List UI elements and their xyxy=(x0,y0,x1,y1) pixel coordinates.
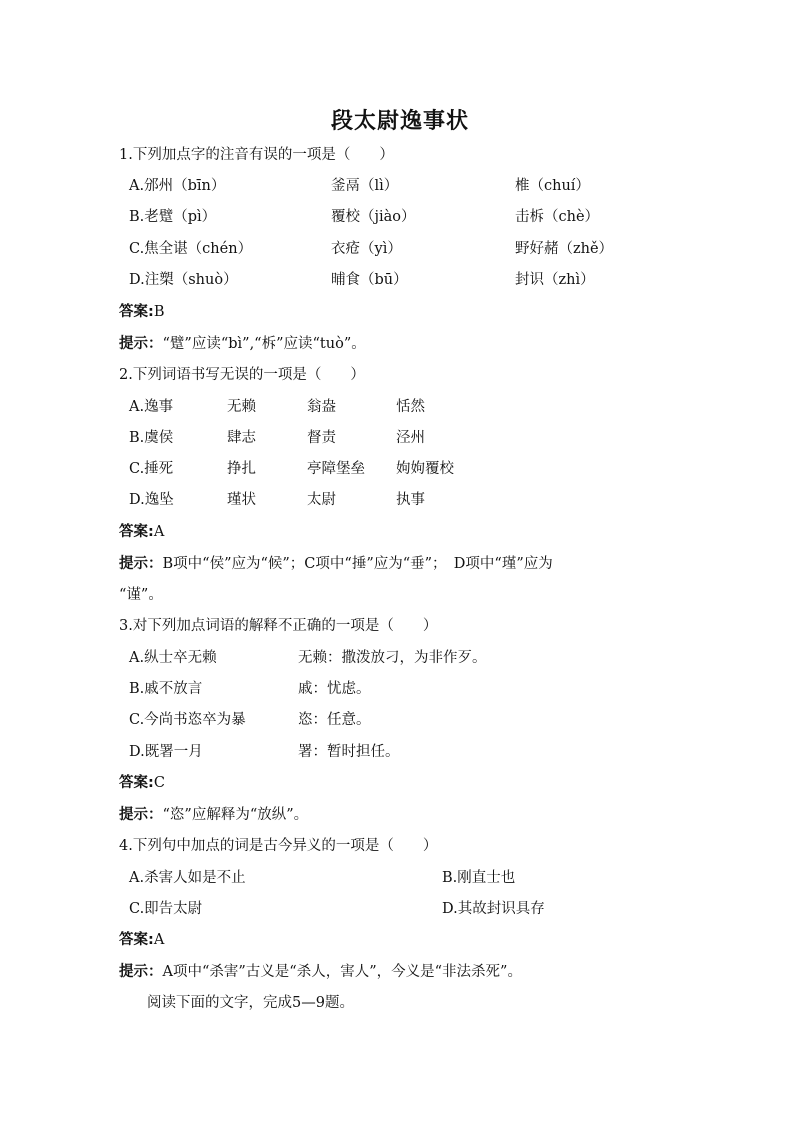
q2-option-a-3: 翁盎 xyxy=(307,397,336,417)
q3-hint: 提示：“恣”应解释为“放纵”。 xyxy=(119,805,308,825)
q1-option-c-1: C.焦全谌（chén） xyxy=(129,239,252,259)
q4-option-a: A.杀害人如是不止 xyxy=(129,868,246,888)
hint-label: 提示： xyxy=(119,807,163,823)
answer-label: 答案: xyxy=(119,932,154,948)
answer-value: A xyxy=(154,932,164,948)
q2-answer: 答案:A xyxy=(119,522,164,542)
q2-option-a-4: 恬然 xyxy=(396,397,425,417)
page-title: 段太尉逸事状 xyxy=(0,104,800,135)
q2-option-b-3: 督责 xyxy=(307,428,336,448)
q3-answer: 答案:C xyxy=(119,773,165,793)
q1-option-a-3: 椎（chuí） xyxy=(515,176,590,196)
q4-option-d: D.其故封识具存 xyxy=(442,899,545,919)
q1-option-d-1: D.注槊（shuò） xyxy=(129,270,238,290)
question-1-stem: 1.下列加点字的注音有误的一项是（ ） xyxy=(119,145,394,165)
q3-option-d: D.既署一月 xyxy=(129,742,203,762)
answer-label: 答案: xyxy=(119,304,154,320)
q4-answer: 答案:A xyxy=(119,930,164,950)
q3-option-b-explain: 戚：忧虑。 xyxy=(298,679,371,699)
question-3-stem: 3.对下列加点词语的解释不正确的一项是（ ） xyxy=(119,616,437,636)
q2-option-d-2: 瑾状 xyxy=(227,490,256,510)
hint-text: A项中“杀害”古义是“杀人，害人”，今义是“非法杀死”。 xyxy=(163,964,522,980)
q1-option-a-1: A.邠州（bīn） xyxy=(129,176,225,196)
q2-hint-continued: “谨”。 xyxy=(119,585,163,605)
q1-option-b-3: 击柝（chè） xyxy=(515,207,599,227)
q1-option-c-2: 衣疮（yì） xyxy=(331,239,402,259)
answer-value: C xyxy=(154,775,165,791)
q1-hint: 提示：“躄”应读“bì”,“柝”应读“tuò”。 xyxy=(119,334,366,354)
reading-intro: 阅读下面的文字，完成5—9题。 xyxy=(147,993,354,1013)
q1-option-b-2: 覆校（jiào） xyxy=(331,207,416,227)
q2-option-b-2: 肆志 xyxy=(227,428,256,448)
q4-option-b: B.刚直士也 xyxy=(442,868,515,888)
q2-option-d-3: 太尉 xyxy=(307,490,336,510)
q2-option-a-2: 无赖 xyxy=(227,397,256,417)
q3-option-a-explain: 无赖：撒泼放刁，为非作歹。 xyxy=(298,648,487,668)
q2-option-d-1: D.逸坠 xyxy=(129,490,174,510)
hint-text: B项中“侯”应为“候”；C项中“捶”应为“垂”； D项中“瑾”应为 xyxy=(163,556,553,572)
q3-option-c: C.今尚书恣卒为暴 xyxy=(129,710,246,730)
q2-option-d-4: 执事 xyxy=(396,490,425,510)
q2-hint: 提示：B项中“侯”应为“候”；C项中“捶”应为“垂”； D项中“瑾”应为 xyxy=(119,554,553,574)
q4-hint: 提示：A项中“杀害”古义是“杀人，害人”，今义是“非法杀死”。 xyxy=(119,962,522,982)
q2-option-b-1: B.虞侯 xyxy=(129,428,173,448)
q1-answer: 答案:B xyxy=(119,302,164,322)
answer-value: B xyxy=(154,304,165,320)
answer-label: 答案: xyxy=(119,524,154,540)
q1-option-a-2: 釜鬲（lì） xyxy=(331,176,398,196)
q2-option-c-3: 亭障堡垒 xyxy=(307,459,365,479)
hint-text: “恣”应解释为“放纵”。 xyxy=(163,807,309,823)
hint-label: 提示： xyxy=(119,964,163,980)
hint-label: 提示： xyxy=(119,556,163,572)
q2-option-c-2: 挣扎 xyxy=(227,459,256,479)
answer-value: A xyxy=(154,524,164,540)
question-4-stem: 4.下列句中加点的词是古今异义的一项是（ ） xyxy=(119,836,437,856)
q3-option-d-explain: 署：暂时担任。 xyxy=(298,742,400,762)
q1-option-c-3: 野好赭（zhě） xyxy=(515,239,613,259)
q3-option-b: B.戚不放言 xyxy=(129,679,202,699)
question-2-stem: 2.下列词语书写无误的一项是（ ） xyxy=(119,365,365,385)
q1-option-b-1: B.老躄（pì） xyxy=(129,207,216,227)
q1-option-d-2: 晡食（bū） xyxy=(331,270,408,290)
q1-option-d-3: 封识（zhì） xyxy=(515,270,595,290)
q3-option-a: A.纵士卒无赖 xyxy=(129,648,217,668)
q3-option-c-explain: 恣：任意。 xyxy=(298,710,371,730)
answer-label: 答案: xyxy=(119,775,154,791)
q2-option-c-1: C.捶死 xyxy=(129,459,173,479)
q2-option-a-1: A.逸事 xyxy=(129,397,173,417)
q4-option-c: C.即告太尉 xyxy=(129,899,202,919)
q2-option-c-4: 姁姁覆校 xyxy=(396,459,454,479)
hint-label: 提示： xyxy=(119,336,163,352)
q2-option-b-4: 泾州 xyxy=(396,428,425,448)
hint-text: “躄”应读“bì”,“柝”应读“tuò”。 xyxy=(163,336,366,352)
